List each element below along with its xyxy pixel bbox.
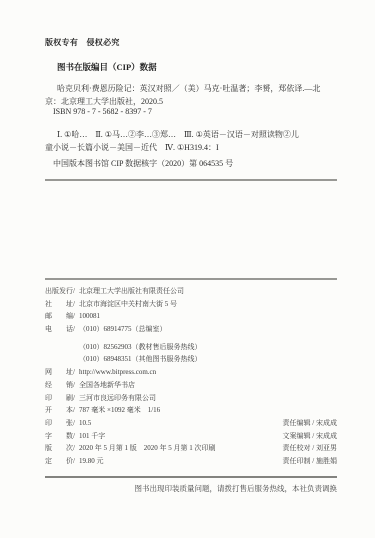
pub-value: 787 毫米 ×1092 毫米 1/16 [78,405,160,415]
pub-label: 经 销 [45,380,73,390]
pub-label: 社 址 [45,299,73,309]
pub-value: 10.5 [78,419,91,427]
pub-value: 北京理工大学出版社有限责任公司 [78,286,184,296]
pub-row-address: 社 址/北京市海淀区中关村南大街 5 号 [45,299,337,312]
pub-row-phone-main: 电 话/（010）68914775（总编室） [45,324,337,337]
pub-row-phone-textbook: （010）82562903（教材售后服务热线） [45,342,337,355]
pub-row-price: 定 价/19.80 元 责任印制 / 施胜娟 [45,456,337,469]
cip-classification-line2: 童小说－长篇小说－美国－近代 Ⅳ. ①H319.4：I [45,141,341,154]
pub-value: 三河市良远印务有限公司 [78,393,156,403]
copyright-notice: 版权专有 侵权必究 [45,37,120,48]
pub-label: 开 本 [45,405,73,415]
proofreader-credit: 责任校对 / 刘亚男 [283,443,337,453]
pub-label: 字 数 [45,431,73,441]
pub-label: 印 张 [45,418,73,428]
divider-middle [45,278,337,280]
pub-row-phone-other: （010）68948351（其他图书服务热线） [45,354,337,367]
pub-row-wordcount: 字 数/101 千字 文案编辑 / 宋成成 [45,431,337,444]
divider-top [45,179,337,181]
pub-row-printer: 印 刷/三河市良远印务有限公司 [45,393,337,406]
pub-value: 2020 年 5 月第 1 版 2020 年 5 月第 1 次印刷 [78,443,216,453]
cip-heading: 图书在版编目（CIP）数据 [57,61,157,73]
pub-row-edition: 版 次/2020 年 5 月第 1 版 2020 年 5 月第 1 次印刷 责任… [45,443,337,456]
pub-value: （010）68948351（其他图书服务热线） [45,354,202,364]
isbn-number: ISBN 978 - 7 - 5682 - 8397 - 7 [53,107,152,116]
pub-value: （010）68914775（总编室） [78,324,167,334]
pub-label: 印 刷 [45,393,73,403]
cip-classification-line1: Ⅰ. ①哈… Ⅱ. ①马…②李…③郑… Ⅲ. ①英语－汉语－对照读物②儿 [45,128,341,141]
pub-row-sheets: 印 张/10.5 责任编辑 / 宋成成 [45,418,337,431]
cip-description-line1: 哈克贝利·费恩历险记：英汉对照／（美）马克·吐温著；李赟，郑依译.—北 [45,82,341,95]
copy-editor-credit: 文案编辑 / 宋成成 [283,431,337,441]
pub-value: 全国各地新华书店 [78,380,135,390]
pub-label: 出版发行 [45,286,73,296]
pub-label: 定 价 [45,456,73,466]
divider-bottom [45,476,337,478]
pub-value: （010）82562903（教材售后服务热线） [45,342,202,352]
pub-website-url: http://www.bitpress.com.cn [78,368,156,376]
pub-row-publisher: 出版发行/北京理工大学出版社有限责任公司 [45,286,337,299]
editor-credit: 责任编辑 / 宋成成 [283,418,337,428]
publication-info: 出版发行/北京理工大学出版社有限责任公司 社 址/北京市海淀区中关村南大街 5 … [45,286,337,469]
pub-row-format: 开 本/787 毫米 ×1092 毫米 1/16 [45,405,337,418]
pub-value: 100081 [78,312,100,320]
pub-label: 电 话 [45,324,73,334]
cip-classification: Ⅰ. ①哈… Ⅱ. ①马…②李…③郑… Ⅲ. ①英语－汉语－对照读物②儿 童小说… [45,128,341,154]
cip-record-number: 中国版本图书馆 CIP 数据核字（2020）第 064535 号 [53,158,233,169]
pub-value: 北京市海淀区中关村南大街 5 号 [78,299,177,309]
pub-row-website: 网 址/http://www.bitpress.com.cn [45,367,337,380]
pub-value: 19.80 元 [78,456,104,466]
pub-row-distribution: 经 销/全国各地新华书店 [45,380,337,393]
pub-label: 邮 编 [45,311,73,321]
pub-value: 101 千字 [78,431,105,441]
quality-note: 图书出现印装质量问题，请拨打售后服务热线，本社负责调换 [45,483,337,494]
pub-row-postcode: 邮 编/100081 [45,311,337,324]
print-supervisor-credit: 责任印制 / 施胜娟 [283,456,337,466]
cip-description: 哈克贝利·费恩历险记：英汉对照／（美）马克·吐温著；李赟，郑依译.—北 京：北京… [45,82,341,108]
copyright-page: 版权专有 侵权必究 图书在版编目（CIP）数据 哈克贝利·费恩历险记：英汉对照／… [0,0,375,538]
pub-label: 网 址 [45,367,73,377]
pub-label: 版 次 [45,443,73,453]
